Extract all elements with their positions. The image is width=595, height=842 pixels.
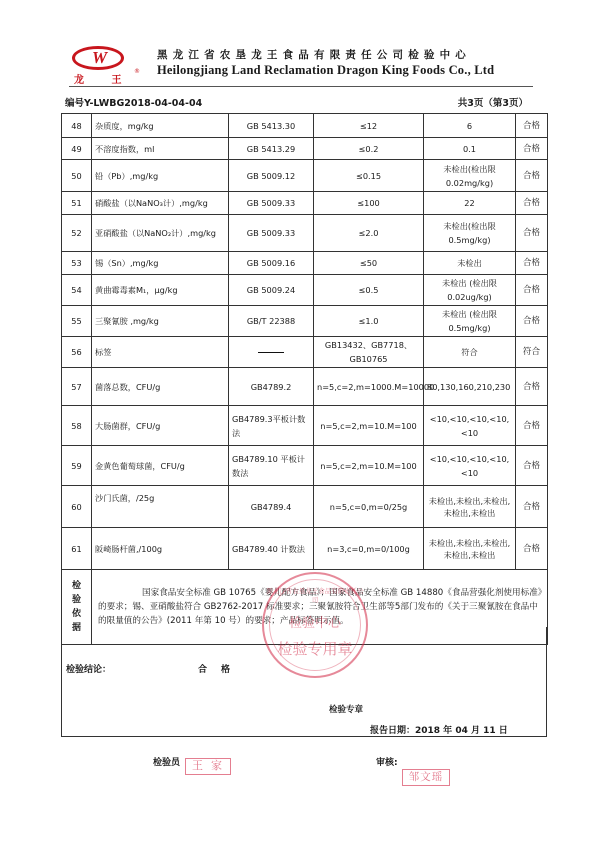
test-item: 阪崎肠杆菌,/100g: [92, 528, 229, 570]
test-result: 未检出(检出限0.02mg/kg): [424, 160, 516, 192]
verdict: 合格: [516, 406, 548, 446]
table-row: 61 阪崎肠杆菌,/100g GB4789.40 计数法 n=3,c=0,m=0…: [62, 528, 548, 570]
test-item: 硝酸盐（以NaNO₃计）,mg/kg: [92, 192, 229, 215]
official-seal: 黑龙江省农垦龙王食品有限责任公司 检验中心 检验专用章: [262, 572, 368, 678]
verdict: 合格: [516, 192, 548, 215]
table-row: 58 大肠菌群，CFU/g GB4789.3平板计数法 n=5,c=2,m=10…: [62, 406, 548, 446]
test-item: 铅（Pb）,mg/kg: [92, 160, 229, 192]
test-method: GB4789.40 计数法: [229, 528, 314, 570]
table-row: 48 杂质度，mg/kg GB 5413.30 ≤12 6 合格: [62, 114, 548, 138]
verdict: 合格: [516, 160, 548, 192]
table-row: 57 菌落总数，CFU/g GB4789.2 n=5,c=2,m=1000.M=…: [62, 368, 548, 406]
row-number: 56: [62, 337, 92, 368]
document-number: 编号Y-LWBG2018-04-04-04: [65, 95, 202, 109]
test-item: 沙门氏菌，/25g: [92, 486, 229, 528]
company-name-cn: 黑龙江省农垦龙王食品有限责任公司检验中心: [157, 47, 471, 62]
test-result: 80,130,160,210,230: [424, 368, 516, 406]
test-method: GB/T 22388: [229, 306, 314, 337]
seal-line2: 检验专用章: [264, 638, 366, 659]
reviewer-label: 审核:: [376, 755, 398, 768]
row-number: 55: [62, 306, 92, 337]
inspector-label: 检验员: [153, 755, 180, 768]
test-method: GB 5009.16: [229, 252, 314, 275]
test-item: 不溶度指数，ml: [92, 138, 229, 160]
test-method: GB 5009.33: [229, 215, 314, 252]
test-method: GB 5009.24: [229, 275, 314, 306]
standard-limit: n=5,c=2,m=10.M=100: [314, 446, 424, 486]
standard-limit: ≤100: [314, 192, 424, 215]
reviewer-stamp: 邹文瑶: [402, 769, 450, 786]
standard-limit: n=5,c=0,m=0/25g: [314, 486, 424, 528]
test-method: GB 5009.12: [229, 160, 314, 192]
table-row: 53 锡（Sn）,mg/kg GB 5009.16 ≤50 未检出 合格: [62, 252, 548, 275]
dash-mark: [258, 352, 284, 354]
test-result: <10,<10,<10,<10,<10: [424, 406, 516, 446]
table-row: 54 黄曲霉毒素M₁，μg/kg GB 5009.24 ≤0.5 未检出 (检出…: [62, 275, 548, 306]
row-number: 58: [62, 406, 92, 446]
test-item: 大肠菌群，CFU/g: [92, 406, 229, 446]
test-result: 未检出 (检出限0.02ug/kg): [424, 275, 516, 306]
test-method: GB4789.3平板计数法: [229, 406, 314, 446]
test-result: 0.1: [424, 138, 516, 160]
test-result: 符合: [424, 337, 516, 368]
standard-limit: ≤12: [314, 114, 424, 138]
table-row: 60 沙门氏菌，/25g GB4789.4 n=5,c=0,m=0/25g 未检…: [62, 486, 548, 528]
test-item: 黄曲霉毒素M₁，μg/kg: [92, 275, 229, 306]
verdict: 合格: [516, 114, 548, 138]
row-number: 48: [62, 114, 92, 138]
letterhead: W 龙 王 ® 黑龙江省农垦龙王食品有限责任公司检验中心 Heilongjian…: [62, 45, 550, 85]
test-result: <10,<10,<10,<10,<10: [424, 446, 516, 486]
verdict: 合格: [516, 215, 548, 252]
verdict: 符合: [516, 337, 548, 368]
test-result: 未检出: [424, 252, 516, 275]
standard-limit: ≤1.0: [314, 306, 424, 337]
test-item: 菌落总数，CFU/g: [92, 368, 229, 406]
test-method: GB 5413.30: [229, 114, 314, 138]
row-number: 60: [62, 486, 92, 528]
seal-label: 检验专章: [329, 703, 363, 715]
row-number: 57: [62, 368, 92, 406]
row-number: 50: [62, 160, 92, 192]
table-row: 59 金黄色葡萄球菌，CFU/g GB4789.10 平板计数法 n=5,c=2…: [62, 446, 548, 486]
basis-label-char: 依: [65, 607, 88, 621]
standard-limit: ≤50: [314, 252, 424, 275]
basis-label-char: 检: [65, 579, 88, 593]
test-method: GB 5009.33: [229, 192, 314, 215]
standard-limit: GB13432、GB7718、GB10765: [314, 337, 424, 368]
test-result: 22: [424, 192, 516, 215]
company-name-en: Heilongjiang Land Reclamation Dragon Kin…: [157, 63, 494, 78]
standard-limit: n=5,c=2,m=10.M=100: [314, 406, 424, 446]
verdict: 合格: [516, 486, 548, 528]
company-logo: W 龙 王: [70, 45, 124, 85]
verdict: 合格: [516, 368, 548, 406]
standard-limit: ≤0.2: [314, 138, 424, 160]
test-method: GB4789.10 平板计数法: [229, 446, 314, 486]
test-method: [229, 337, 314, 368]
report-date: 报告日期：2018 年 04 月 11 日: [370, 723, 508, 736]
table-row: 49 不溶度指数，ml GB 5413.29 ≤0.2 0.1 合格: [62, 138, 548, 160]
header-divider: [69, 86, 533, 87]
table-row: 55 三聚氰胺 ,mg/kg GB/T 22388 ≤1.0 未检出 (检出限0…: [62, 306, 548, 337]
test-item: 三聚氰胺 ,mg/kg: [92, 306, 229, 337]
test-item: 锡（Sn）,mg/kg: [92, 252, 229, 275]
inspector-stamp: 王家: [185, 758, 231, 775]
row-number: 52: [62, 215, 92, 252]
standard-limit: ≤0.5: [314, 275, 424, 306]
test-item: 杂质度，mg/kg: [92, 114, 229, 138]
registered-mark-icon: ®: [134, 68, 140, 75]
verdict: 合格: [516, 252, 548, 275]
seal-line1: 检验中心: [264, 612, 366, 631]
row-number: 59: [62, 446, 92, 486]
table-row: 51 硝酸盐（以NaNO₃计）,mg/kg GB 5009.33 ≤100 22…: [62, 192, 548, 215]
table-row: 56 标签 GB13432、GB7718、GB10765 符合 符合: [62, 337, 548, 368]
table-row: 52 亚硝酸盐（以NaNO₂计）,mg/kg GB 5009.33 ≤2.0 未…: [62, 215, 548, 252]
row-number: 54: [62, 275, 92, 306]
standard-limit: n=5,c=2,m=1000.M=10000: [314, 368, 424, 406]
test-method: GB4789.2: [229, 368, 314, 406]
row-number: 51: [62, 192, 92, 215]
results-table: 48 杂质度，mg/kg GB 5413.30 ≤12 6 合格 49 不溶度指…: [61, 113, 548, 645]
test-method: GB4789.4: [229, 486, 314, 528]
test-result: 未检出,未检出,未检出,未检出,未检出: [424, 528, 516, 570]
seal-arc-text: 黑龙江省农垦龙王食品有限责任公司: [264, 586, 366, 604]
logo-text: 龙 王: [74, 71, 124, 86]
logo-mark: W: [70, 48, 126, 68]
row-number: 61: [62, 528, 92, 570]
row-number: 53: [62, 252, 92, 275]
standard-limit: ≤2.0: [314, 215, 424, 252]
verdict: 合格: [516, 528, 548, 570]
standard-limit: ≤0.15: [314, 160, 424, 192]
standard-limit: n=3,c=0,m=0/100g: [314, 528, 424, 570]
test-result: 6: [424, 114, 516, 138]
test-item: 标签: [92, 337, 229, 368]
test-result: 未检出 (检出限0.5mg/kg): [424, 306, 516, 337]
basis-label-char: 验: [65, 593, 88, 607]
test-item: 亚硝酸盐（以NaNO₂计）,mg/kg: [92, 215, 229, 252]
verdict: 合格: [516, 275, 548, 306]
verdict: 合格: [516, 446, 548, 486]
test-result: 未检出(检出限0.5mg/kg): [424, 215, 516, 252]
verdict: 合格: [516, 138, 548, 160]
test-result: 未检出,未检出,未检出,未检出,未检出: [424, 486, 516, 528]
test-method: GB 5413.29: [229, 138, 314, 160]
page-info: 共3页（第3页）: [458, 95, 528, 109]
test-item: 金黄色葡萄球菌，CFU/g: [92, 446, 229, 486]
conclusion-value: 合格: [198, 662, 244, 675]
row-number: 49: [62, 138, 92, 160]
table-row: 50 铅（Pb）,mg/kg GB 5009.12 ≤0.15 未检出(检出限0…: [62, 160, 548, 192]
conclusion-label: 检验结论：: [66, 662, 111, 675]
verdict: 合格: [516, 306, 548, 337]
